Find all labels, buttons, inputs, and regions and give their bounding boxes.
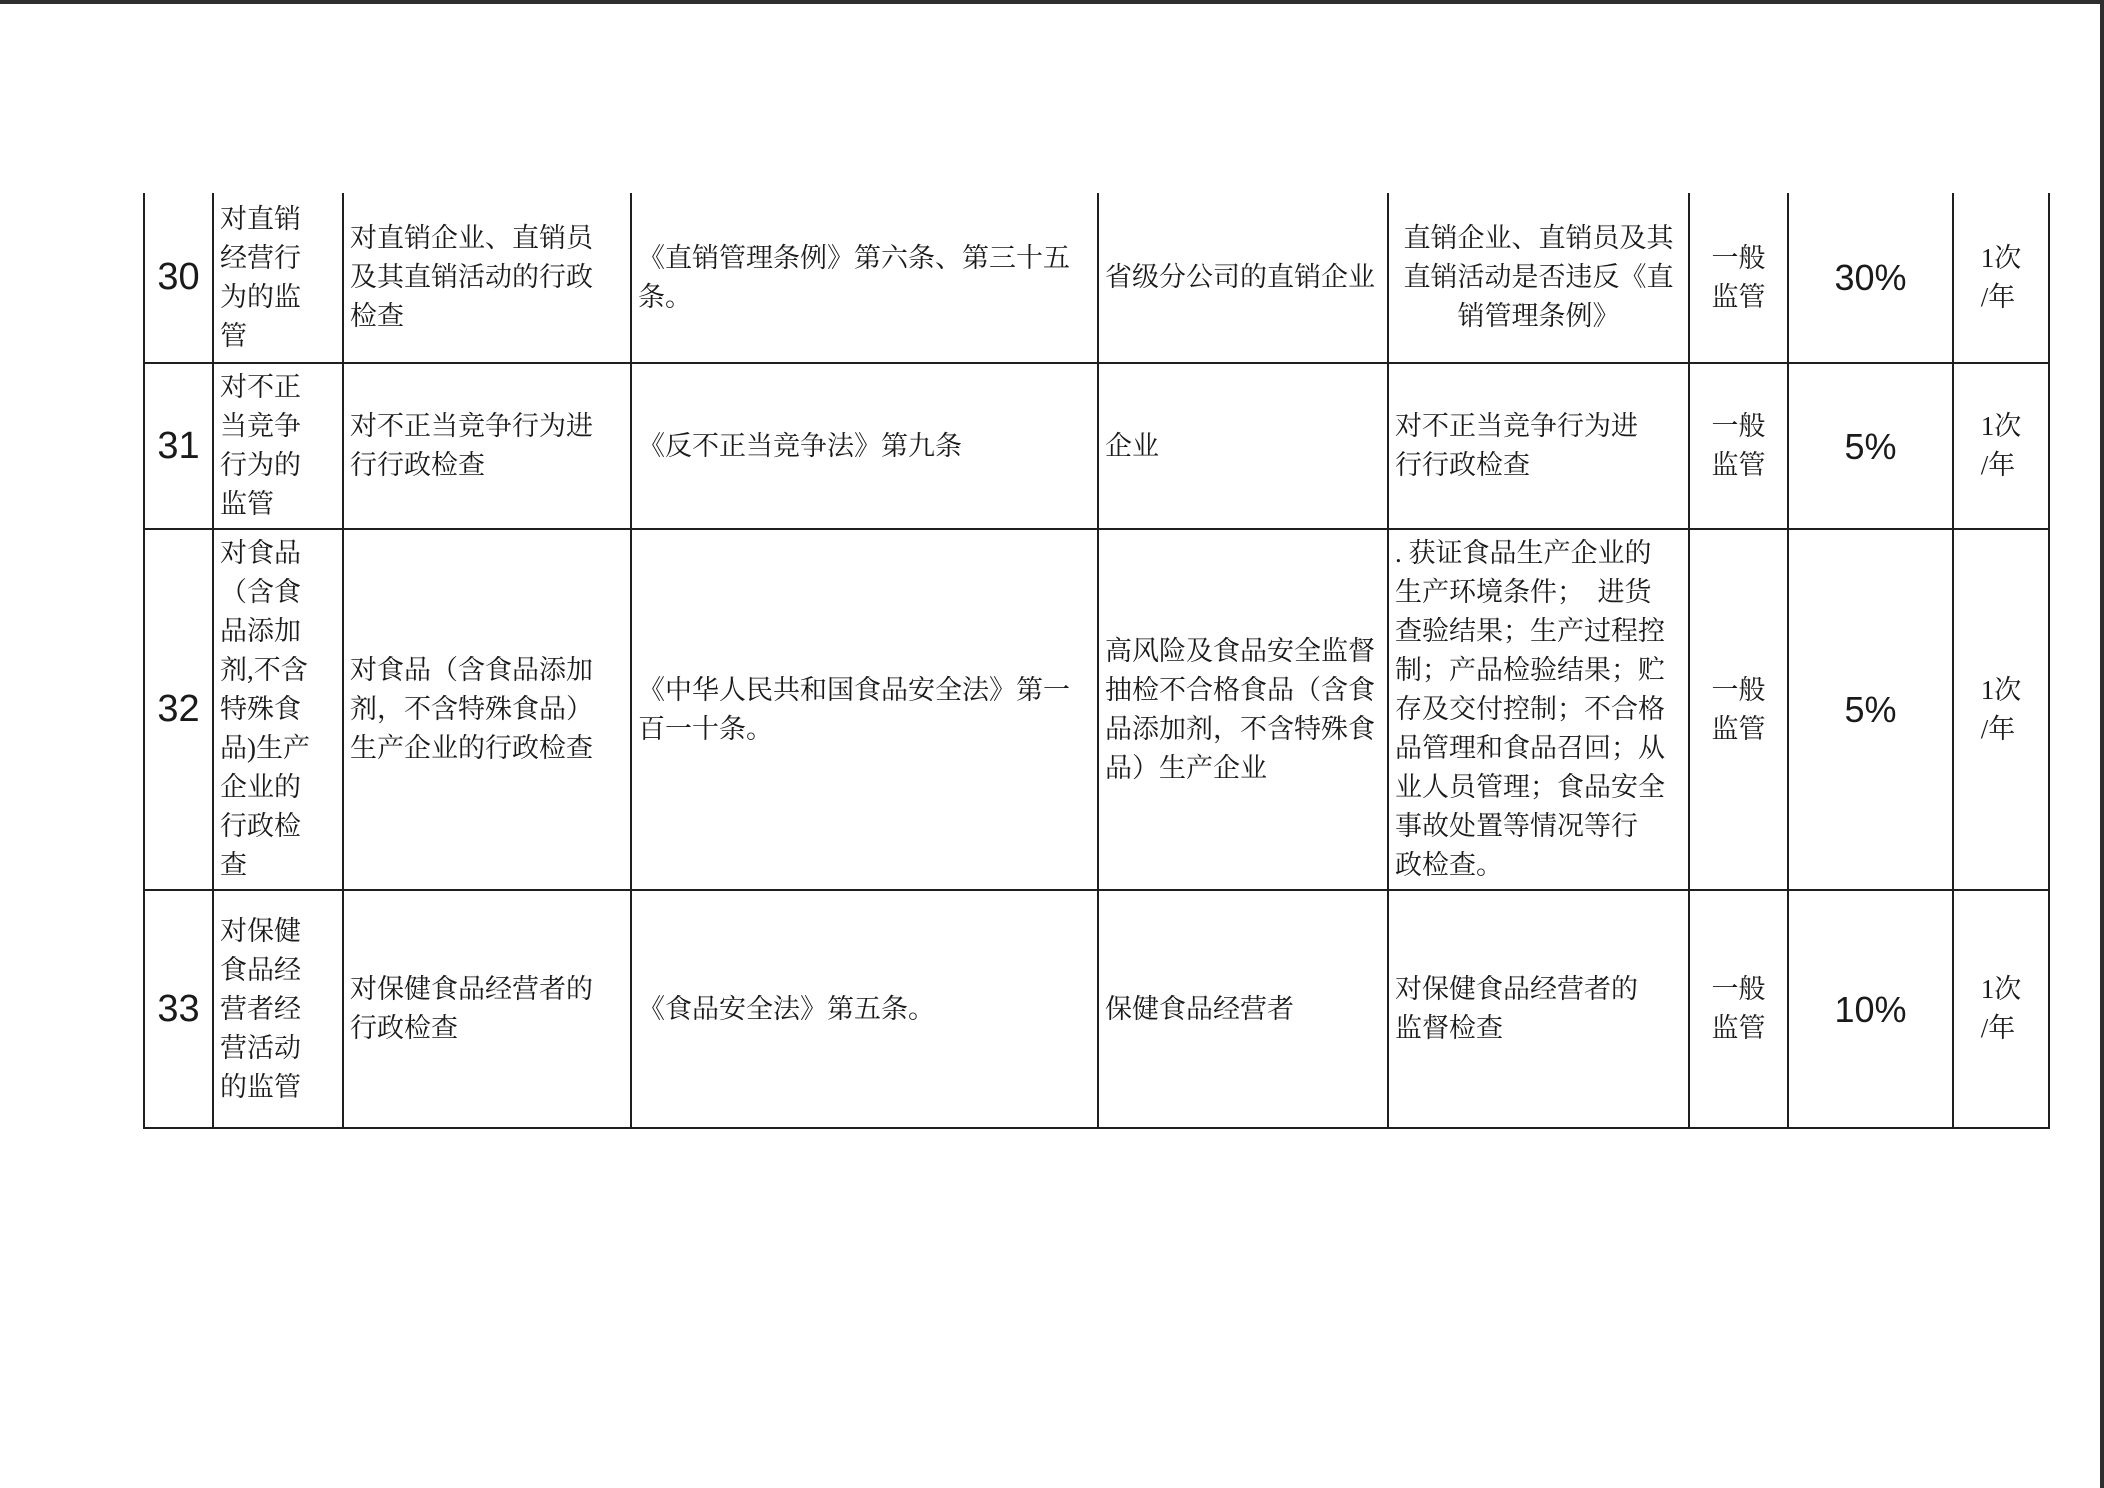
cell-target: 省级分公司的直销企业 (1098, 193, 1388, 363)
cell-category: 一般 监管 (1689, 363, 1788, 529)
cell-inspection-content-text: 直销企业、直销员及其 直销活动是否违反《直 销管理条例》 (1404, 219, 1674, 336)
cell-frequency: 1次 /年 (1953, 363, 2049, 529)
cell-category-text: 一般 监管 (1712, 239, 1766, 317)
cell-legal-basis: 《反不正当竞争法》第九条 (631, 363, 1098, 529)
cell-legal-basis-text: 《直销管理条例》第六条、第三十五 条。 (638, 239, 1070, 317)
cell-target: 高风险及食品安全监督 抽检不合格食品（含食 品添加剂，不含特殊食 品）生产企业 (1098, 529, 1388, 890)
cell-item-name-text: 对食品 （含食 品添加 剂,不含 特殊食 品)生产 企业的 行政检 查 (220, 534, 310, 885)
table-row: 30对直销 经营行 为的监 管对直销企业、直销员 及其直销活动的行政 检查《直销… (144, 193, 2049, 363)
inspection-table: 30对直销 经营行 为的监 管对直销企业、直销员 及其直销活动的行政 检查《直销… (143, 193, 2050, 1129)
page-right-border (2100, 0, 2104, 1488)
page-top-border (0, 0, 2104, 4)
cell-legal-basis-text: 《反不正当竞争法》第九条 (638, 427, 962, 466)
cell-frequency-text: 1次 /年 (1981, 970, 2022, 1048)
cell-row-number: 32 (144, 529, 213, 890)
cell-item-name: 对食品 （含食 品添加 剂,不含 特殊食 品)生产 企业的 行政检 查 (213, 529, 343, 890)
cell-row-number: 31 (144, 363, 213, 529)
cell-ratio: 30% (1788, 193, 1953, 363)
cell-target-text: 省级分公司的直销企业 (1105, 258, 1375, 297)
cell-frequency: 1次 /年 (1953, 529, 2049, 890)
cell-ratio: 5% (1788, 529, 1953, 890)
table-body: 30对直销 经营行 为的监 管对直销企业、直销员 及其直销活动的行政 检查《直销… (144, 193, 2049, 1128)
cell-row-number-text: 32 (157, 690, 199, 729)
cell-ratio-text: 5% (1844, 427, 1896, 466)
cell-category-text: 一般 监管 (1712, 671, 1766, 749)
table-row: 33对保健 食品经 营者经 营活动 的监管对保健食品经营者的 行政检查《食品安全… (144, 890, 2049, 1128)
cell-inspection-content: 对保健食品经营者的 监督检查 (1388, 890, 1689, 1128)
cell-description-text: 对保健食品经营者的 行政检查 (350, 970, 593, 1048)
cell-item-name: 对保健 食品经 营者经 营活动 的监管 (213, 890, 343, 1128)
cell-description: 对不正当竞争行为进 行行政检查 (343, 363, 631, 529)
cell-legal-basis: 《中华人民共和国食品安全法》第一 百一十条。 (631, 529, 1098, 890)
cell-target: 企业 (1098, 363, 1388, 529)
cell-row-number-text: 31 (157, 427, 199, 466)
cell-ratio: 5% (1788, 363, 1953, 529)
cell-description: 对食品（含食品添加 剂，不含特殊食品） 生产企业的行政检查 (343, 529, 631, 890)
cell-ratio-text: 30% (1834, 258, 1906, 297)
cell-frequency-text: 1次 /年 (1981, 239, 2022, 317)
cell-category: 一般 监管 (1689, 890, 1788, 1128)
cell-frequency: 1次 /年 (1953, 890, 2049, 1128)
table-row: 32对食品 （含食 品添加 剂,不含 特殊食 品)生产 企业的 行政检 查对食品… (144, 529, 2049, 890)
cell-target: 保健食品经营者 (1098, 890, 1388, 1128)
cell-inspection-content: . 获证食品生产企业的 生产环境条件； 进货 查验结果；生产过程控 制；产品检验… (1388, 529, 1689, 890)
cell-item-name: 对不正 当竞争 行为的 监管 (213, 363, 343, 529)
cell-row-number-text: 30 (157, 258, 199, 297)
cell-description: 对直销企业、直销员 及其直销活动的行政 检查 (343, 193, 631, 363)
cell-legal-basis-text: 《食品安全法》第五条。 (638, 990, 935, 1029)
cell-inspection-content-text: 对不正当竞争行为进 行行政检查 (1395, 407, 1638, 485)
cell-ratio: 10% (1788, 890, 1953, 1128)
cell-row-number: 33 (144, 890, 213, 1128)
cell-category-text: 一般 监管 (1712, 970, 1766, 1048)
cell-category: 一般 监管 (1689, 193, 1788, 363)
cell-target-text: 企业 (1105, 427, 1159, 466)
cell-item-name-text: 对直销 经营行 为的监 管 (220, 200, 301, 356)
cell-inspection-content: 直销企业、直销员及其 直销活动是否违反《直 销管理条例》 (1388, 193, 1689, 363)
cell-target-text: 高风险及食品安全监督 抽检不合格食品（含食 品添加剂，不含特殊食 品）生产企业 (1105, 632, 1375, 788)
cell-frequency-text: 1次 /年 (1981, 407, 2022, 485)
cell-legal-basis: 《食品安全法》第五条。 (631, 890, 1098, 1128)
cell-category-text: 一般 监管 (1712, 407, 1766, 485)
cell-inspection-content-text: . 获证食品生产企业的 生产环境条件； 进货 查验结果；生产过程控 制；产品检验… (1395, 534, 1665, 885)
cell-description-text: 对食品（含食品添加 剂，不含特殊食品） 生产企业的行政检查 (350, 651, 593, 768)
cell-description: 对保健食品经营者的 行政检查 (343, 890, 631, 1128)
cell-legal-basis-text: 《中华人民共和国食品安全法》第一 百一十条。 (638, 671, 1070, 749)
table-row: 31对不正 当竞争 行为的 监管对不正当竞争行为进 行行政检查《反不正当竞争法》… (144, 363, 2049, 529)
cell-inspection-content-text: 对保健食品经营者的 监督检查 (1395, 970, 1638, 1048)
cell-item-name: 对直销 经营行 为的监 管 (213, 193, 343, 363)
cell-legal-basis: 《直销管理条例》第六条、第三十五 条。 (631, 193, 1098, 363)
cell-frequency: 1次 /年 (1953, 193, 2049, 363)
cell-ratio-text: 10% (1834, 990, 1906, 1029)
cell-target-text: 保健食品经营者 (1105, 990, 1294, 1029)
cell-description-text: 对直销企业、直销员 及其直销活动的行政 检查 (350, 219, 593, 336)
cell-item-name-text: 对保健 食品经 营者经 营活动 的监管 (220, 912, 301, 1107)
cell-item-name-text: 对不正 当竞争 行为的 监管 (220, 368, 301, 524)
cell-row-number-text: 33 (157, 990, 199, 1029)
cell-description-text: 对不正当竞争行为进 行行政检查 (350, 407, 593, 485)
cell-ratio-text: 5% (1844, 690, 1896, 729)
cell-frequency-text: 1次 /年 (1981, 671, 2022, 749)
cell-row-number: 30 (144, 193, 213, 363)
cell-inspection-content: 对不正当竞争行为进 行行政检查 (1388, 363, 1689, 529)
cell-category: 一般 监管 (1689, 529, 1788, 890)
